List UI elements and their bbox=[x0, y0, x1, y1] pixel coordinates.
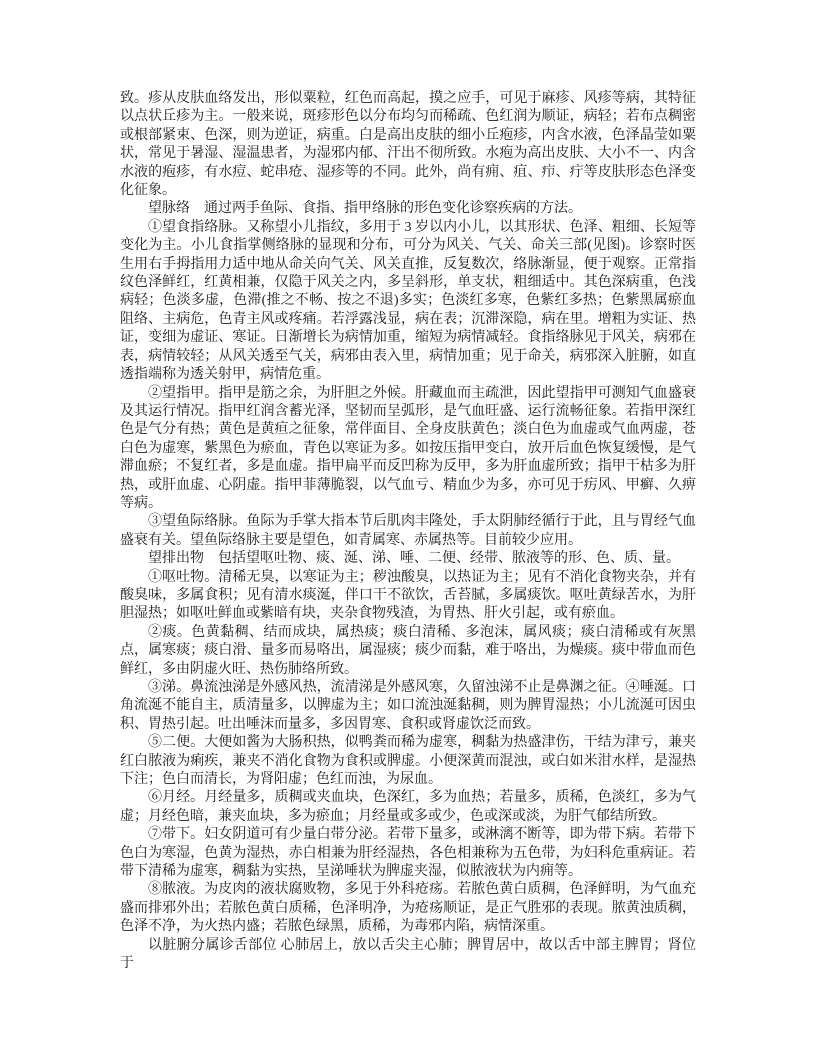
paragraph-wang-paichuwu: 望排出物 包括望呕吐物、痰、涎、涕、唾、二便、经带、脓液等的形、色、质、量。 bbox=[120, 550, 696, 568]
paragraph-zangfu-shetou: 以脏腑分属诊舌部位 心肺居上，放以舌尖主心肺；脾胃居中，故以舌中部主脾胃；肾位于 bbox=[120, 937, 696, 974]
paragraph-outuwu: ①呕吐物。清稀无臭，以寒证为主；秽浊酸臭，以热证为主；见有不消化食物夹杂，并有酸… bbox=[120, 569, 696, 624]
paragraph-ti-tuoxian: ③涕。鼻流浊涕是外感风热，流清涕是外感风寒，久留浊涕不止是鼻渊之征。④唾涎。口角… bbox=[120, 679, 696, 734]
paragraph-continuation: 致。疹从皮肤血络发出，形似粟粒，红色而高起，摸之应手，可见于麻疹、风疹等病，其特… bbox=[120, 90, 696, 200]
paragraph-tan: ②痰。色黄黏稠、结而成块，属热痰；痰白清稀、多泡沫，属风痰；痰白清稀或有灰黑点，… bbox=[120, 624, 696, 679]
paragraph-daixia: ⑦带下。妇女阴道可有少量白带分泌。若带下量多，或淋漓不断等，即为带下病。若带下色… bbox=[120, 826, 696, 881]
document-page: 致。疹从皮肤血络发出，形似粟粒，红色而高起，摸之应手，可见于麻疹、风疹等病，其特… bbox=[0, 0, 816, 1056]
paragraph-wang-zhijia: ②望指甲。指甲是筋之余，为肝胆之外候。肝藏血而主疏泄，因此望指甲可测知气血盛衰及… bbox=[120, 385, 696, 514]
paragraph-yuji-luomai: ③望鱼际络脉。鱼际为手掌大指本节后肌肉丰隆处，手太阴肺经循行于此，且与胃经气血盛… bbox=[120, 513, 696, 550]
paragraph-nongye: ⑧脓液。为皮肉的液状腐败物，多见于外科疮疡。若脓色黄白质稠，色泽鲜明，为气血充盛… bbox=[120, 881, 696, 936]
paragraph-erbian: ⑤二便。大便如酱为大肠积热，似鸭粪而稀为虚寒，稠黏为热盛津伤，干结为津亏，兼夹红… bbox=[120, 734, 696, 789]
paragraph-shizhi-luomai: ①望食指络脉。又称望小儿指纹，多用于 3 岁以内小儿，以其形状、色泽、粗细、长短… bbox=[120, 219, 696, 385]
paragraph-yuejing: ⑥月经。月经量多，质稠或夹血块，色深红，多为血热；若量多，质稀，色淡红，多为气虚… bbox=[120, 789, 696, 826]
paragraph-wang-mailuo: 望脉络 通过两手鱼际、食指、指甲络脉的形色变化诊察疾病的方法。 bbox=[120, 200, 696, 218]
